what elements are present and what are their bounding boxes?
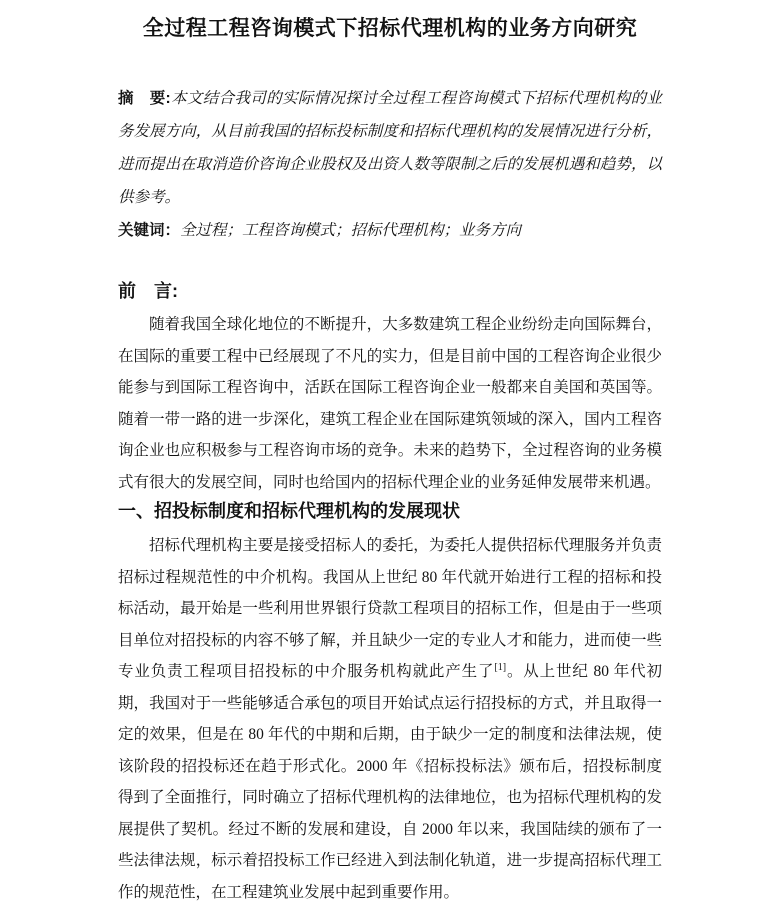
keywords-label: 关键词： bbox=[118, 222, 180, 239]
citation-1-marker: [1] bbox=[494, 662, 506, 673]
preface-paragraph: 随着我国全球化地位的不断提升，大多数建筑工程企业纷纷走向国际舞台，在国际的重要工… bbox=[118, 309, 662, 498]
document-page: 全过程工程咨询模式下招标代理机构的业务方向研究 摘 要:本文结合我司的实际情况探… bbox=[0, 0, 780, 907]
abstract-text: 本文结合我司的实际情况探讨全过程工程咨询模式下招标代理机构的业务发展方向，从目前… bbox=[118, 90, 662, 206]
keywords-line: 关键词：全过程；工程咨询模式；招标代理机构；业务方向 bbox=[118, 214, 662, 247]
section-1-paragraph: 招标代理机构主要是接受招标人的委托，为委托人提供招标代理服务并负责招标过程规范性… bbox=[118, 530, 662, 907]
abstract-label: 摘 要: bbox=[118, 90, 171, 107]
abstract-paragraph: 摘 要:本文结合我司的实际情况探讨全过程工程咨询模式下招标代理机构的业务发展方向… bbox=[118, 82, 662, 214]
section-1-text-after-citation: 。从上世纪 80 年代初期，我国对于一些能够适合承包的项目开始试点运行招投标的方… bbox=[118, 663, 662, 901]
preface-heading: 前 言: bbox=[118, 278, 662, 304]
section-1-heading: 一、招投标制度和招标代理机构的发展现状 bbox=[118, 498, 662, 525]
section-1-text-before-citation: 招标代理机构主要是接受招标人的委托，为委托人提供招标代理服务并负责招标过程规范性… bbox=[118, 537, 662, 680]
keywords-text: 全过程；工程咨询模式；招标代理机构；业务方向 bbox=[180, 222, 521, 239]
paper-title: 全过程工程咨询模式下招标代理机构的业务方向研究 bbox=[118, 13, 662, 43]
